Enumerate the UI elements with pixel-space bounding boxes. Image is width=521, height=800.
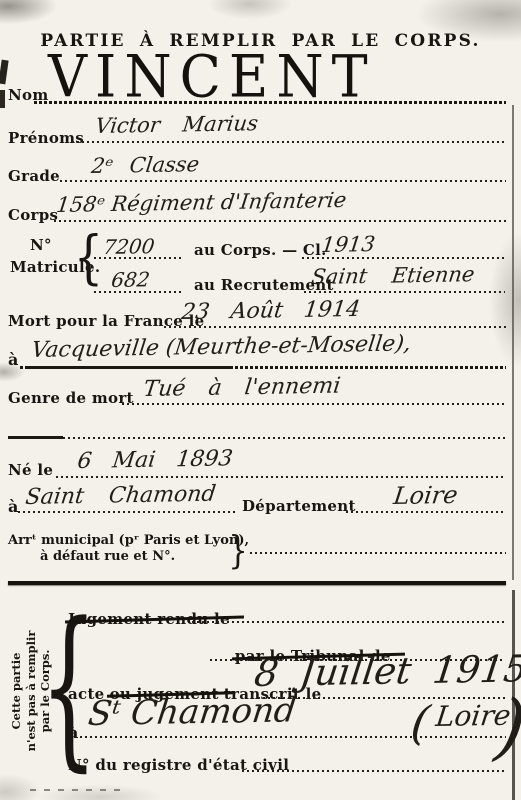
paren-open-glyph: (: [408, 696, 433, 750]
lieu-naissance-ruled-line: [18, 511, 236, 513]
transcription-lieu-ruled-line: [80, 736, 506, 738]
classe-value: 1913: [320, 232, 377, 257]
arrondissement-label-line2: à défaut rue et N°.: [40, 549, 175, 564]
lieu-naissance-label: à: [8, 497, 19, 516]
scan-edge-line-upper: [512, 105, 514, 580]
nom-value: VINCENT: [48, 48, 376, 106]
grade-label: Grade: [8, 167, 60, 185]
ne-le-value: 6 Mai 1893: [76, 446, 234, 474]
recrutement-lieu-line: [304, 291, 505, 293]
prenoms-value: Victor Marius: [94, 111, 259, 138]
corps-label: Corps: [8, 206, 58, 224]
departement-ruled-line: [346, 511, 506, 513]
grade-value: 2ᵉ Classe: [90, 152, 201, 178]
arrondissement-ruled-line: [250, 552, 506, 554]
genre-mort-value: Tué à l'ennemi: [142, 374, 342, 402]
prenoms-ruled-line: [72, 141, 506, 143]
arrondissement-label-line1: Arrᵗ municipal (pʳ Paris et Lyon),: [8, 533, 249, 548]
lieu-deces-label: à: [8, 350, 19, 369]
separator-ruled-line: [8, 437, 506, 439]
lieu-naissance-value: Saint Chamond: [24, 482, 217, 510]
departement-value: Loire: [392, 481, 459, 510]
ne-le-ruled-line: [56, 476, 506, 478]
lieu-deces-value: Vacqueville (Meurthe-et-Moselle),: [30, 331, 412, 363]
military-death-record-card: PARTIE À REMPLIR PAR LE CORPS. Nom VINCE…: [0, 0, 521, 800]
registre-ruled-line: [242, 770, 505, 772]
transcription-lieu-value: Sᵗ Chamond: [86, 690, 298, 734]
genre-mort-ruled-line: [122, 403, 506, 405]
transcription-date-value: 8 Juillet 1915: [252, 647, 521, 695]
matricule-no-label: N°: [30, 236, 52, 254]
departement-label: Département: [242, 497, 356, 515]
separator-heavy-start: [8, 436, 63, 439]
mort-date-value: 23 Août 1914: [180, 297, 362, 325]
scan-blot-left-2: [0, 90, 5, 108]
scan-blot-left-1: [0, 60, 9, 85]
classe-line: [302, 257, 505, 259]
grade-ruled-line: [60, 180, 506, 182]
marginal-note-line1: Cette partie: [9, 617, 24, 765]
ink-underline: [26, 366, 231, 369]
matricule-recrutement-number: 682: [110, 267, 151, 292]
transcription-lieu-label: à: [68, 723, 79, 742]
mort-ruled-line: [164, 326, 506, 328]
matricule-corps-number: 7200: [102, 234, 156, 259]
recrutement-lieu-value: Saint Etienne: [310, 262, 476, 289]
jugement-ruled-line: [192, 621, 504, 623]
corps-value: 158ᵉ Régiment d'Infanterie: [55, 188, 348, 217]
genre-mort-label: Genre de mort: [8, 389, 134, 407]
prenoms-label: Prénoms: [8, 129, 84, 147]
ne-le-label: Né le: [8, 461, 53, 479]
scan-dashes-bottom: [30, 789, 125, 791]
arrondissement-brace: }: [228, 531, 247, 569]
marginal-note-line2: n'est pas à remplir: [24, 617, 39, 765]
corps-ruled-line: [54, 220, 506, 222]
jugement-label: Jugement rendu le: [68, 610, 230, 628]
